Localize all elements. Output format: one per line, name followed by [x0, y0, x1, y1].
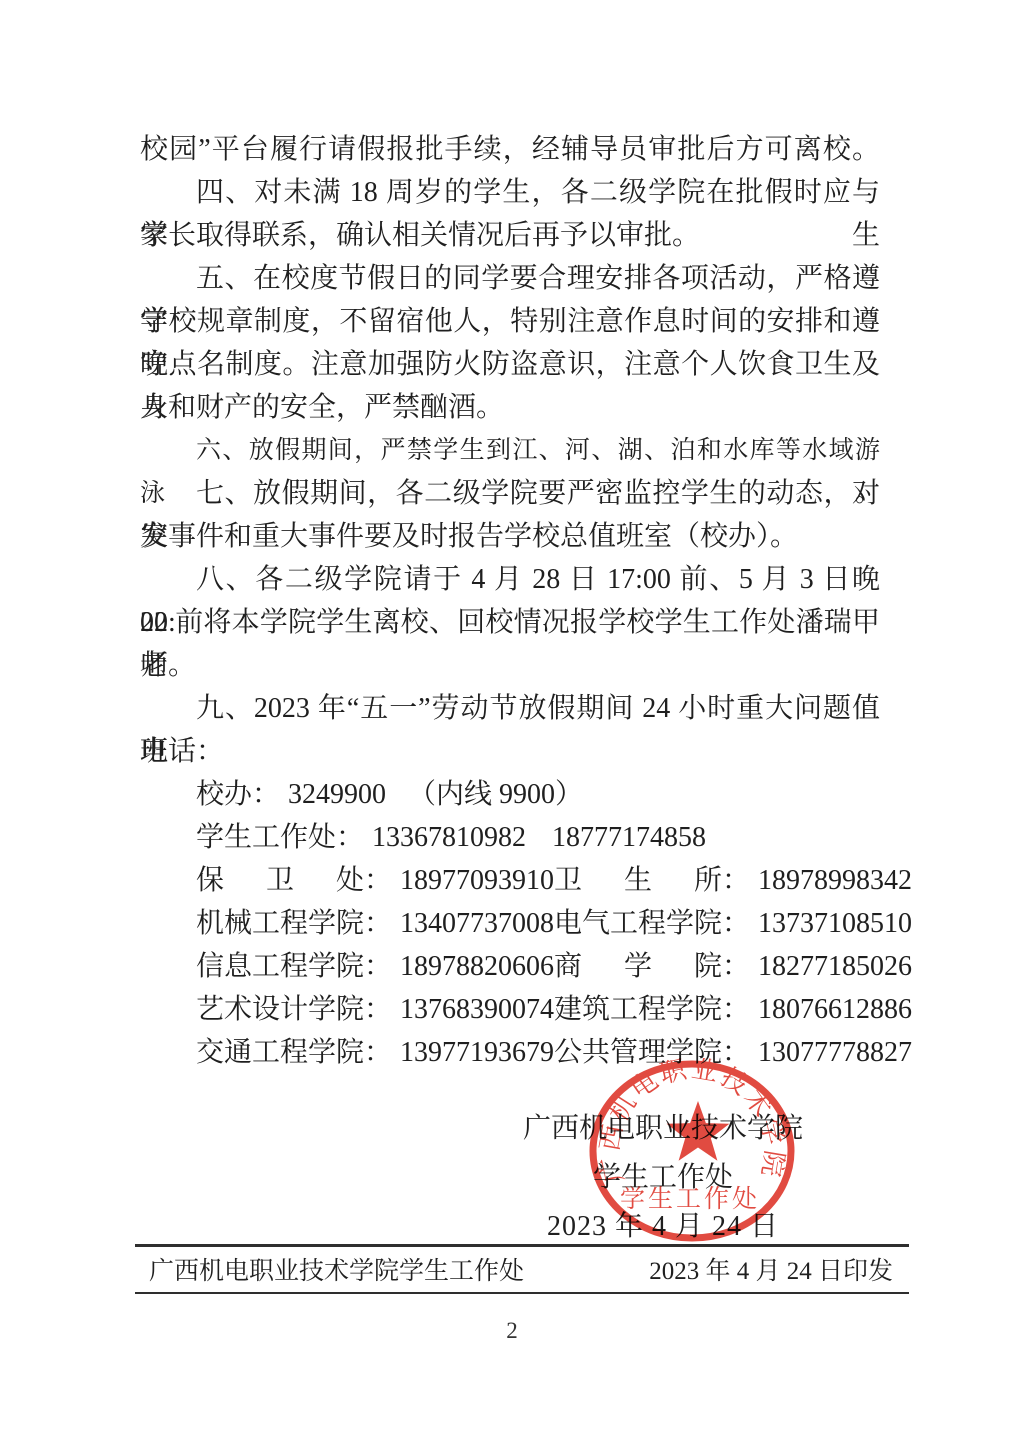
body-line: 八、各二级学院请于 4 月 28 日 17:00 前、5 月 3 日晚 22:	[140, 558, 880, 601]
body-line: 身和财产的安全，严禁酗酒。	[140, 386, 880, 429]
hotline-label: 公共管理学院	[554, 1031, 722, 1074]
colon: ：	[252, 779, 280, 810]
document-body: 校园”平台履行请假报批手续，经辅导员审批后方可离校。 四、对未满 18 周岁的学…	[140, 128, 880, 1074]
colon: ：	[722, 951, 750, 982]
hotline-row: 艺术设计学院：13768390074 建筑工程学院：18076612886	[140, 988, 880, 1031]
hotline-label: 商学院	[554, 945, 722, 988]
hotline-number: 13077778827	[758, 1037, 912, 1068]
hotline-number: 18978998342	[758, 865, 912, 896]
hotline-number: 18076612886	[758, 994, 912, 1025]
colon: ：	[364, 908, 392, 939]
body-line: 六、放假期间，严禁学生到江、河、湖、泊和水库等水域游泳。	[140, 429, 880, 472]
hotline-cell: 卫生所：18978998342	[554, 859, 912, 902]
signature-org: 广西机电职业技术学院	[473, 1104, 853, 1153]
hotline-label: 校办	[196, 779, 252, 810]
hotline-number: 18777174858	[552, 822, 706, 853]
body-line: 师。	[140, 644, 880, 687]
hotline-cell: 保卫处：18977093910	[196, 859, 554, 902]
document-footer: 广西机电职业技术学院学生工作处 2023 年 4 月 24 日印发	[135, 1244, 909, 1294]
hotline-label: 信息工程学院	[196, 945, 364, 988]
hotline-label: 艺术设计学院	[196, 988, 364, 1031]
hotline-row: 交通工程学院：13977193679 公共管理学院：13077778827	[140, 1031, 880, 1074]
hotline-cell: 信息工程学院：18978820606	[196, 945, 554, 988]
hotline-number: 13768390074	[400, 994, 554, 1025]
hotline-cell: 电气工程学院：13737108510	[554, 902, 912, 945]
footer-print-date: 2023 年 4 月 24 日印发	[649, 1251, 893, 1287]
hotline-row: 信息工程学院：18978820606 商学院：18277185026	[140, 945, 880, 988]
hotline-cell: 建筑工程学院：18076612886	[554, 988, 912, 1031]
colon: ：	[722, 994, 750, 1025]
page-number: 2	[0, 1318, 1024, 1344]
hotline-number: 13367810982	[372, 822, 526, 853]
hotline-label: 机械工程学院	[196, 902, 364, 945]
hotline-number: 3249900	[288, 779, 386, 810]
footer-issuer: 广西机电职业技术学院学生工作处	[149, 1251, 524, 1287]
signature-dept: 学生工作处	[473, 1153, 853, 1202]
hotline-label: 交通工程学院	[196, 1031, 364, 1074]
hotline-xiaoban: 校办：3249900（内线 9900）	[140, 773, 880, 816]
hotline-label: 学生工作处	[196, 822, 336, 853]
hotline-cell: 公共管理学院：13077778827	[554, 1031, 912, 1074]
hotline-cell: 商学院：18277185026	[554, 945, 912, 988]
colon: ：	[364, 865, 392, 896]
colon: ：	[364, 1037, 392, 1068]
body-line: 00 前将本学院学生离校、回校情况报学校学生工作处潘瑞甲老	[140, 601, 880, 644]
hotline-cell: 机械工程学院：13407737008	[196, 902, 554, 945]
hotline-label: 卫生所	[554, 859, 722, 902]
body-line: 七、放假期间，各二级学院要严密监控学生的动态，对突	[140, 472, 880, 515]
colon: ：	[722, 908, 750, 939]
body-line: 晚点名制度。注意加强防火防盗意识，注意个人饮食卫生及人	[140, 343, 880, 386]
hotline-xuegong: 学生工作处：1336781098218777174858	[140, 816, 880, 859]
hotline-number: 18277185026	[758, 951, 912, 982]
footer-rule-bottom	[135, 1292, 909, 1294]
body-line: 五、在校度节假日的同学要合理安排各项活动，严格遵守	[140, 257, 880, 300]
hotline-label: 电气工程学院	[554, 902, 722, 945]
hotline-label: 建筑工程学院	[554, 988, 722, 1031]
body-line: 发事件和重大事件要及时报告学校总值班室（校办）。	[140, 515, 880, 558]
hotline-ext: （内线 9900）	[408, 779, 583, 810]
colon: ：	[336, 822, 364, 853]
colon: ：	[364, 951, 392, 982]
hotline-number: 13977193679	[400, 1037, 554, 1068]
hotline-number: 18978820606	[400, 951, 554, 982]
body-line: 校园”平台履行请假报批手续，经辅导员审批后方可离校。	[140, 128, 880, 171]
hotline-number: 13737108510	[758, 908, 912, 939]
colon: ：	[722, 865, 750, 896]
colon: ：	[722, 1037, 750, 1068]
hotline-number: 13407737008	[400, 908, 554, 939]
hotline-cell: 交通工程学院：13977193679	[196, 1031, 554, 1074]
body-line: 四、对未满 18 周岁的学生，各二级学院在批假时应与学生	[140, 171, 880, 214]
hotline-number: 18977093910	[400, 865, 554, 896]
hotline-row: 保卫处：18977093910 卫生所：18978998342	[140, 859, 880, 902]
hotline-label: 保卫处	[196, 859, 364, 902]
body-line: 电话：	[140, 730, 880, 773]
document-page: 校园”平台履行请假报批手续，经辅导员审批后方可离校。 四、对未满 18 周岁的学…	[0, 0, 1024, 1448]
body-line: 九、2023 年“五一”劳动节放假期间 24 小时重大问题值班	[140, 687, 880, 730]
signature-block: 广西机电职业技术学院 学生工作处 2023 年 4 月 24 日	[473, 1104, 853, 1251]
hotline-cell: 艺术设计学院：13768390074	[196, 988, 554, 1031]
colon: ：	[364, 994, 392, 1025]
hotline-row: 机械工程学院：13407737008 电气工程学院：13737108510	[140, 902, 880, 945]
body-line: 学校规章制度，不留宿他人，特别注意作息时间的安排和遵守	[140, 300, 880, 343]
